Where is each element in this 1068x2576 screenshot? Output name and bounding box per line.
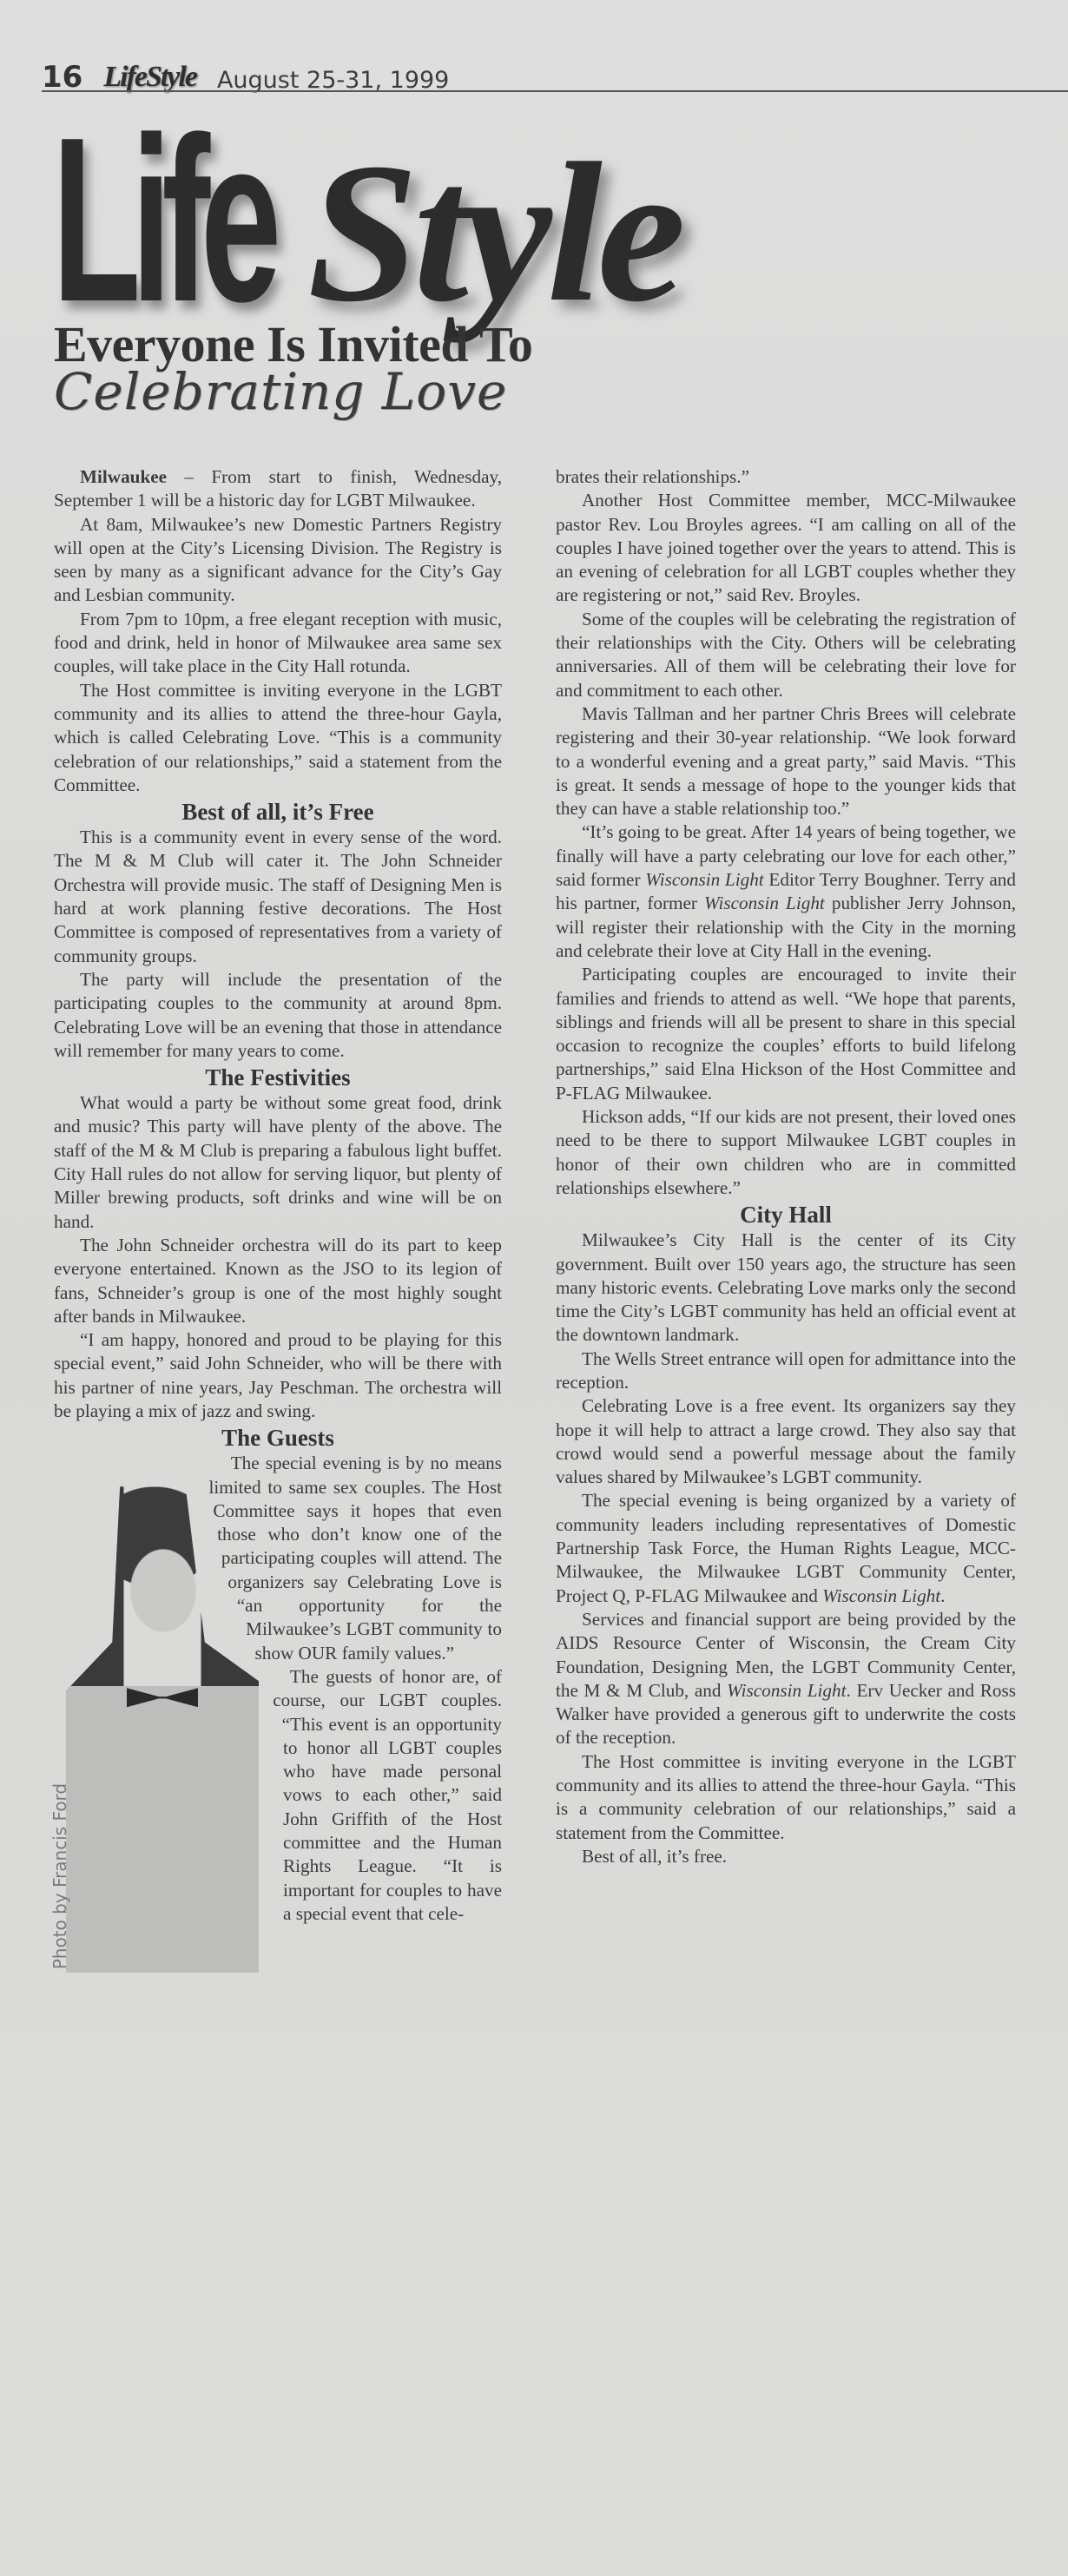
section-heading-festivities: The Festivities [54, 1064, 502, 1090]
section-heading-guests: The Guests [54, 1425, 502, 1451]
paragraph: Another Host Committee member, MCC-Milwa… [556, 489, 1016, 607]
article-subheadline: Celebrating Love [54, 365, 507, 420]
photo-wrap: Photo by Francis Ford The special evenin… [54, 1452, 502, 1926]
section-heading-city-hall: City Hall [556, 1202, 1016, 1228]
paragraph: At 8am, Milwaukee’s new Domestic Partner… [54, 513, 502, 608]
paragraph: The special evening is being organized b… [556, 1489, 1016, 1607]
publication-name: Wisconsin Light [645, 869, 763, 890]
publication-logo: LifeStyle [103, 63, 196, 92]
paragraph: The Host committee is inviting everyone … [556, 1750, 1016, 1845]
article-column-left: Milwaukee – From start to finish, Wednes… [54, 465, 502, 1974]
running-header: 16 LifeStyle August 25-31, 1999 [42, 49, 449, 92]
dateline: Milwaukee [80, 466, 167, 487]
newspaper-page: 16 LifeStyle August 25-31, 1999 Life Sty… [0, 0, 1068, 2576]
paragraph: The Wells Street entrance will open for … [556, 1347, 1016, 1395]
photo-credit: Photo by Francis Ford [49, 1783, 72, 1969]
paragraph: brates their relationships.” [556, 465, 1016, 489]
paragraph: Services and financial support are being… [556, 1608, 1016, 1750]
lead-paragraph: Milwaukee – From start to finish, Wednes… [54, 465, 502, 513]
paragraph: The party will include the presentation … [54, 968, 502, 1063]
closing-paragraph: Best of all, it’s free. [556, 1845, 1016, 1868]
publication-name: Wisconsin Light [704, 893, 825, 913]
issue-date: August 25-31, 1999 [217, 69, 449, 92]
portrait-image [66, 1486, 259, 1973]
paragraph: The Host committee is inviting everyone … [54, 679, 502, 797]
paragraph: Participating couples are encouraged to … [556, 963, 1016, 1105]
paragraph: “It’s going to be great. After 14 years … [556, 820, 1016, 963]
paragraph: Mavis Tallman and her partner Chris Bree… [556, 702, 1016, 820]
paragraph: What would a party be without some great… [54, 1091, 502, 1234]
paragraph: From 7pm to 10pm, a free elegant recepti… [54, 608, 502, 679]
paragraph: Milwaukee’s City Hall is the center of i… [556, 1229, 1016, 1347]
paragraph: Celebrating Love is a free event. Its or… [556, 1394, 1016, 1489]
paragraph: Some of the couples will be celebrating … [556, 608, 1016, 702]
section-heading-free: Best of all, it’s Free [54, 799, 502, 825]
page-number: 16 [42, 63, 82, 92]
photo-john-griffith: Photo by Francis Ford [54, 1455, 271, 1974]
paragraph: Hickson adds, “If our kids are not prese… [556, 1105, 1016, 1200]
publication-name: Wisconsin Light [822, 1585, 940, 1606]
section-masthead: Life Style [52, 139, 681, 313]
article-column-right: brates their relationships.” Another Hos… [556, 465, 1016, 1868]
paragraph: “I am happy, honored and proud to be pla… [54, 1328, 502, 1423]
masthead-life: Life [52, 129, 214, 313]
masthead-style: Style [307, 153, 681, 313]
paragraph: This is a community event in every sense… [54, 826, 502, 968]
publication-name: Wisconsin Light [727, 1680, 846, 1701]
paragraph: The John Schneider orchestra will do its… [54, 1234, 502, 1328]
